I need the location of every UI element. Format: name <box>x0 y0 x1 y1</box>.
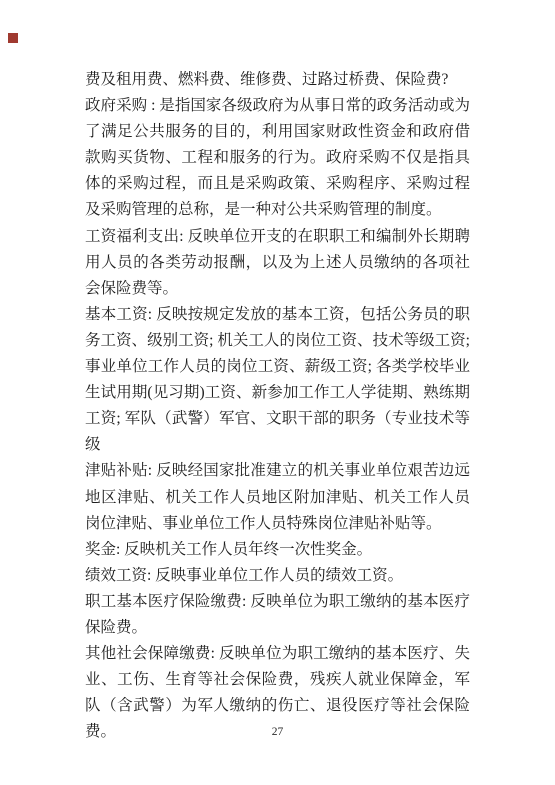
paragraph: 工资福利支出: 反映单位开支的在职职工和编制外长期聘用人员的各类劳动报酬，以及为… <box>85 224 470 302</box>
page-number: 27 <box>0 726 555 738</box>
paragraph: 职工基本医疗保险缴费: 反映单位为职工缴纳的基本医疗保险费。 <box>85 589 470 641</box>
paragraph: 费及租用费、燃料费、维修费、过路过桥费、保险费? <box>85 67 470 93</box>
paragraph: 绩效工资: 反映事业单位工作人员的绩效工资。 <box>85 563 470 589</box>
paragraph: 政府采购 : 是指国家各级政府为从事日常的政务活动或为了满足公共服务的目的，利用… <box>85 93 470 223</box>
document-page: 费及租用费、燃料费、维修费、过路过桥费、保险费? 政府采购 : 是指国家各级政府… <box>0 0 555 785</box>
red-mark <box>8 33 18 43</box>
paragraph: 基本工资: 反映按规定发放的基本工资，包括公务员的职务工资、级别工资; 机关工人… <box>85 302 470 459</box>
paragraph: 津贴补贴: 反映经国家批准建立的机关事业单位艰苦边远地区津贴、机关工作人员地区附… <box>85 458 470 536</box>
document-body: 费及租用费、燃料费、维修费、过路过桥费、保险费? 政府采购 : 是指国家各级政府… <box>85 67 470 745</box>
paragraph: 奖金: 反映机关工作人员年终一次性奖金。 <box>85 537 470 563</box>
